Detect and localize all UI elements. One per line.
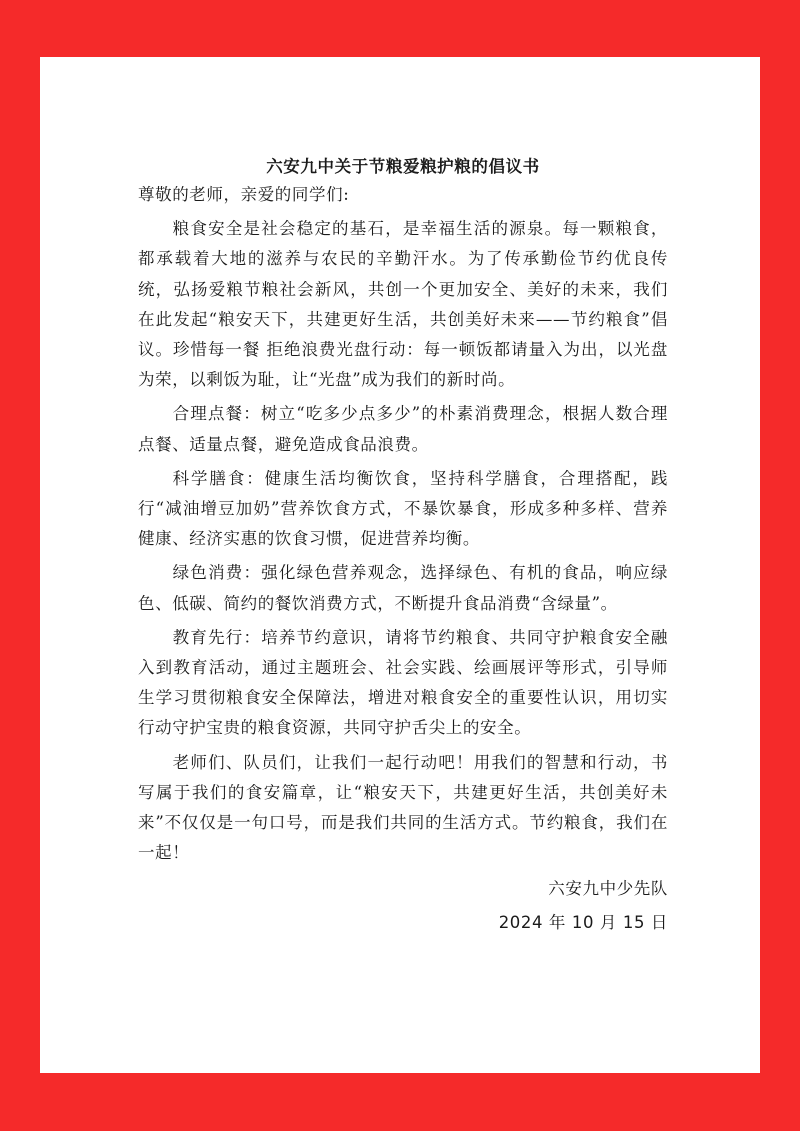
paragraph-green-consumption: 绿色消费：强化绿色营养观念，选择绿色、有机的食品，响应绿色、低碳、简约的餐饮消费…: [138, 558, 668, 618]
paragraph-education: 教育先行：培养节约意识，请将节约粮食、共同守护粮食安全融入到教育活动，通过主题班…: [138, 623, 668, 744]
paragraph-closing: 老师们、队员们，让我们一起行动吧！用我们的智慧和行动，书写属于我们的食安篇章，让…: [138, 748, 668, 869]
paragraph-intro: 粮食安全是社会稳定的基石，是幸福生活的源泉。每一颗粮食，都承载着大地的滋养与农民…: [138, 214, 668, 395]
paragraph-ordering: 合理点餐：树立“吃多少点多少”的朴素消费理念，根据人数合理点餐、适量点餐，避免造…: [138, 399, 668, 459]
salutation: 尊敬的老师，亲爱的同学们:: [138, 180, 668, 210]
document-title: 六安九中关于节粮爱粮护粮的倡议书: [138, 152, 668, 182]
signature-organization: 六安九中少先队: [138, 872, 668, 906]
paragraph-diet: 科学膳食：健康生活均衡饮食，坚持科学膳食，合理搭配，践行“减油增豆加奶”营养饮食…: [138, 464, 668, 555]
document-body: 六安九中关于节粮爱粮护粮的倡议书 尊敬的老师，亲爱的同学们: 粮食安全是社会稳定…: [138, 152, 668, 940]
signature-date: 2024 年 10 月 15 日: [138, 906, 668, 940]
document-page: 六安九中关于节粮爱粮护粮的倡议书 尊敬的老师，亲爱的同学们: 粮食安全是社会稳定…: [40, 57, 760, 1073]
